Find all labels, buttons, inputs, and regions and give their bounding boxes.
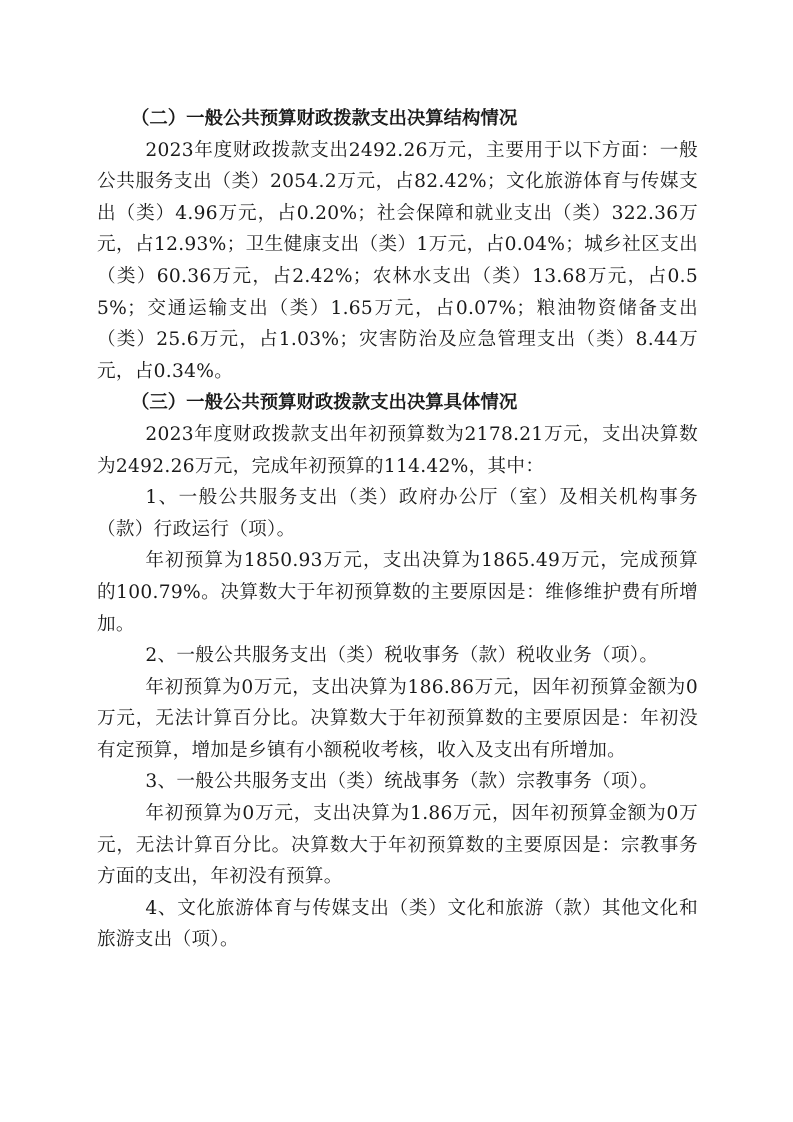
paragraph-details-summary: 2023年度财政拨款支出年初预算数为2178.21万元，支出决算数为2492.2… [97,419,698,482]
paragraph-item-1-body: 年初预算为1850.93万元，支出决算为1865.49万元，完成预算的100.7… [97,545,698,640]
paragraph-item-1-title: 1、一般公共服务支出（类）政府办公厅（室）及相关机构事务（款）行政运行（项）。 [97,482,698,545]
document-page: （二）一般公共预算财政拨款支出决算结构情况 2023年度财政拨款支出2492.2… [97,103,698,956]
paragraph-item-2-body: 年初预算为0万元，支出决算为186.86万元，因年初预算金额为0万元，无法计算百… [97,672,698,767]
section-heading-details: （三）一般公共预算财政拨款支出决算具体情况 [97,387,698,419]
paragraph-structure-summary: 2023年度财政拨款支出2492.26万元，主要用于以下方面：一般公共服务支出（… [97,135,698,388]
section-heading-structure: （二）一般公共预算财政拨款支出决算结构情况 [97,103,698,135]
paragraph-item-2-title: 2、一般公共服务支出（类）税收事务（款）税收业务（项）。 [97,640,698,672]
paragraph-item-4-title: 4、文化旅游体育与传媒支出（类）文化和旅游（款）其他文化和旅游支出（项）。 [97,893,698,956]
paragraph-item-3-body: 年初预算为0万元，支出决算为1.86万元，因年初预算金额为0万元，无法计算百分比… [97,798,698,893]
paragraph-item-3-title: 3、一般公共服务支出（类）统战事务（款）宗教事务（项）。 [97,766,698,798]
